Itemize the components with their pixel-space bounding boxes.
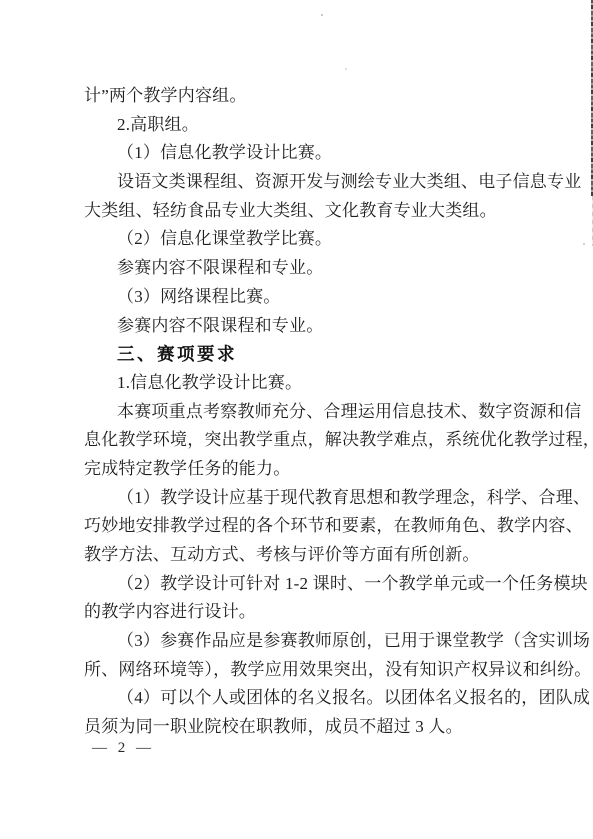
text-line: 计”两个教学内容组。 bbox=[84, 82, 549, 111]
page-number: — 2 — bbox=[92, 740, 153, 757]
text-line: （3）网络课程比赛。 bbox=[84, 283, 549, 312]
text-line: 参赛内容不限课程和专业。 bbox=[84, 312, 549, 341]
text-line: 巧妙地安排教学过程的各个环节和要素，在教师角色、教学内容、 bbox=[84, 512, 549, 541]
text-line: （2）信息化课堂教学比赛。 bbox=[84, 225, 549, 254]
scan-speck bbox=[345, 68, 347, 70]
text-line: （2）教学设计可针对 1-2 课时、一个教学单元或一个任务模块 bbox=[84, 570, 549, 599]
text-line: 的教学内容进行设计。 bbox=[84, 598, 549, 627]
text-line: （1）信息化教学设计比赛。 bbox=[84, 139, 549, 168]
text-line: （3）参赛作品应是参赛教师原创，已用于课堂教学（含实训场 bbox=[84, 627, 549, 656]
text-line: 所、网络环境等），教学应用效果突出，没有知识产权异议和纠纷。 bbox=[84, 656, 549, 685]
text-line: （1）教学设计应基于现代教育思想和教学理念，科学、合理、 bbox=[84, 484, 549, 513]
text-line: 大类组、轻纺食品专业大类组、文化教育专业大类组。 bbox=[84, 197, 549, 226]
scanned-document-page: 计”两个教学内容组。 2.高职组。 （1）信息化教学设计比赛。 设语文类课程组、… bbox=[0, 0, 593, 839]
text-line: 参赛内容不限课程和专业。 bbox=[84, 254, 549, 283]
text-line: 完成特定教学任务的能力。 bbox=[84, 455, 549, 484]
text-line: 教学方法、互动方式、考核与评价等方面有所创新。 bbox=[84, 541, 549, 570]
text-line: （4）可以个人或团体的名义报名。以团体名义报名的，团队成 bbox=[84, 684, 549, 713]
scan-speck bbox=[321, 14, 323, 16]
section-heading: 三、赛项要求 bbox=[84, 340, 549, 369]
document-body: 计”两个教学内容组。 2.高职组。 （1）信息化教学设计比赛。 设语文类课程组、… bbox=[84, 82, 549, 742]
text-line: 2.高职组。 bbox=[84, 111, 549, 140]
text-line: 息化教学环境，突出教学重点，解决教学难点，系统优化教学过程， bbox=[84, 426, 549, 455]
text-line: 本赛项重点考察教师充分、合理运用信息技术、数字资源和信 bbox=[84, 398, 549, 427]
scan-speck bbox=[583, 243, 585, 245]
text-line: 设语文类课程组、资源开发与测绘专业大类组、电子信息专业 bbox=[84, 168, 549, 197]
text-line: 1.信息化教学设计比赛。 bbox=[84, 369, 549, 398]
text-line: 员须为同一职业院校在职教师，成员不超过 3 人。 bbox=[84, 713, 549, 742]
